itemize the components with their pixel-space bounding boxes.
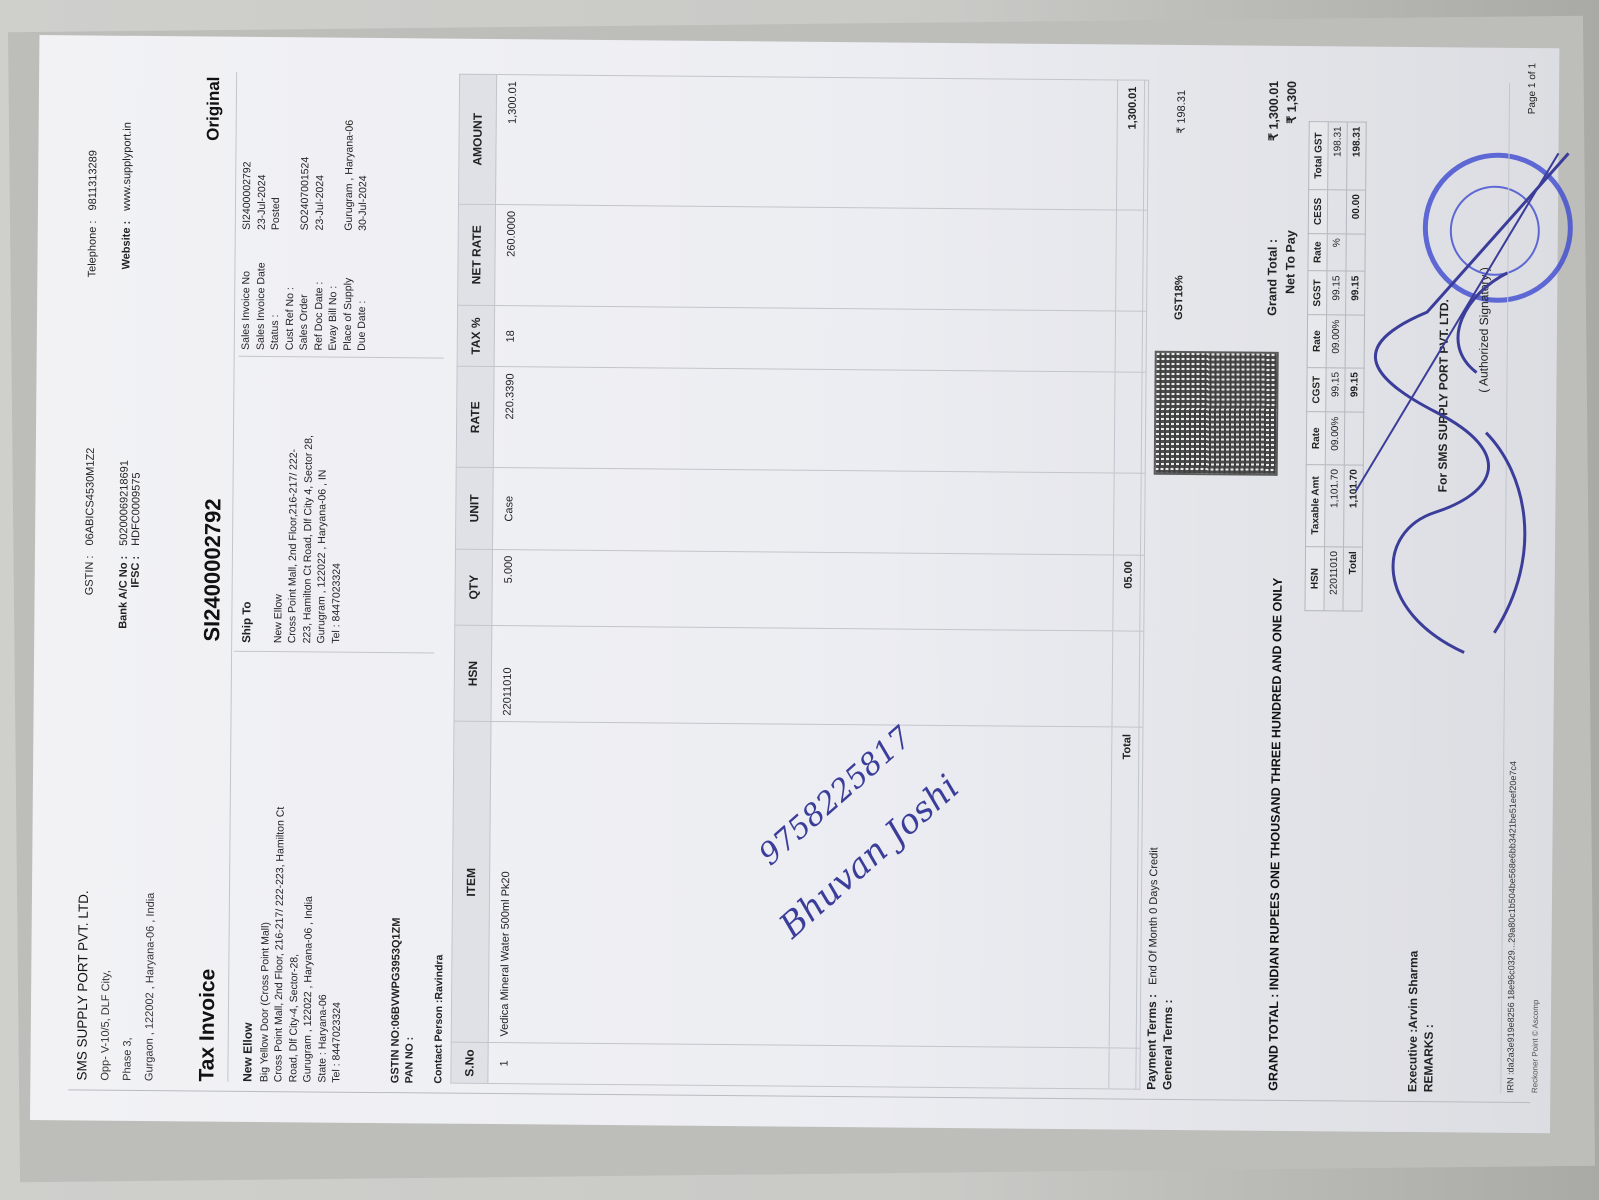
column-header: AMOUNT — [459, 74, 497, 204]
column-header: QTY — [455, 549, 493, 626]
meta-row: Due Date :30-Jul-2024 — [355, 66, 372, 351]
qr-code — [1154, 351, 1279, 476]
parties-section: New Ellow Big Yellow Door (Cross Point M… — [230, 72, 454, 1084]
seller-gstin: 06ABICS4530M1Z2 — [84, 448, 97, 546]
seller-bank-block: GSTIN :06ABICS4530M1Z2 Bank A/C No :5020… — [78, 448, 148, 651]
website: www.supplyport.in — [121, 122, 134, 211]
invoice-number: SI2400002792 — [199, 498, 226, 641]
column-header: NET RATE — [458, 204, 496, 305]
bill-to: New Ellow Big Yellow Door (Cross Point M… — [240, 662, 449, 1084]
payment-terms: End Of Month 0 Days Credit — [1147, 847, 1160, 985]
authorized-signatory: ( Authorized Signatory ) — [1476, 267, 1491, 393]
executive: Executive :Arvin Sharma — [1405, 951, 1420, 1093]
powered-by: Reckoner Point © Ascomp — [1530, 1000, 1540, 1094]
page-number: Page 1 of 1 — [1527, 63, 1538, 114]
seller-header: SMS SUPPLY PORT PVT. LTD. Opp- V-10/5, D… — [74, 70, 169, 1081]
grand-total-labels: Grand Total : Net To Pay — [1263, 230, 1300, 316]
gst-amount: ₹ 198.31 — [1175, 90, 1188, 134]
gst-rate-label: GST18% — [1173, 275, 1185, 320]
amount-in-words: GRAND TOTAL : INDIAN RUPEES ONE THOUSAND… — [1266, 578, 1284, 1091]
totals-section: Payment Terms : End Of Month 0 Days Cred… — [1135, 80, 1295, 1091]
buyer-pan: PAN NO : — [402, 663, 420, 1083]
column-header: HSN — [454, 625, 492, 722]
column-header: TAX % — [457, 305, 495, 367]
for-company: For SMS SUPPLY PORT PVT. LTD. — [1436, 299, 1452, 492]
column-header: S.No — [451, 1043, 488, 1084]
ifsc: HDFC0009575 — [130, 472, 143, 545]
tax-total-row: Total1,101.7099.1599.1500.00198.31 — [1343, 122, 1366, 611]
tax-breakup-table: HSNTaxable AmtRateCGSTRateSGSTRateCESSTo… — [1304, 121, 1366, 611]
seller-contact-block: Telephone :9811313289 Website :www.suppl… — [81, 122, 139, 301]
column-header: ITEM — [451, 722, 491, 1043]
column-header: RATE — [456, 367, 494, 468]
remarks: REMARKS : — [1421, 1024, 1436, 1092]
executive-block: Executive :Arvin Sharma REMARKS : — [1405, 951, 1438, 1093]
column-header: UNIT — [456, 468, 494, 549]
net-to-pay: ₹ 1,300 — [1283, 81, 1302, 141]
company-stamp — [1422, 152, 1573, 303]
terms: Payment Terms : End Of Month 0 Days Cred… — [1144, 847, 1178, 1090]
telephone: 9811313289 — [87, 150, 100, 210]
invoice-meta: Sales Invoice NoSI2400002792Sales Invoic… — [239, 65, 447, 359]
page-title: Tax Invoice — [195, 969, 220, 1082]
copy-label: Original — [204, 76, 225, 140]
ship-to: Ship To New Ellow Cross Point Mall, 2nd … — [234, 383, 436, 654]
grand-total-values: ₹ 1,300.01 ₹ 1,300 — [1265, 81, 1302, 141]
invoice-paper: SMS SUPPLY PORT PVT. LTD. Opp- V-10/5, D… — [30, 35, 1559, 1133]
grand-total: ₹ 1,300.01 — [1265, 81, 1284, 141]
